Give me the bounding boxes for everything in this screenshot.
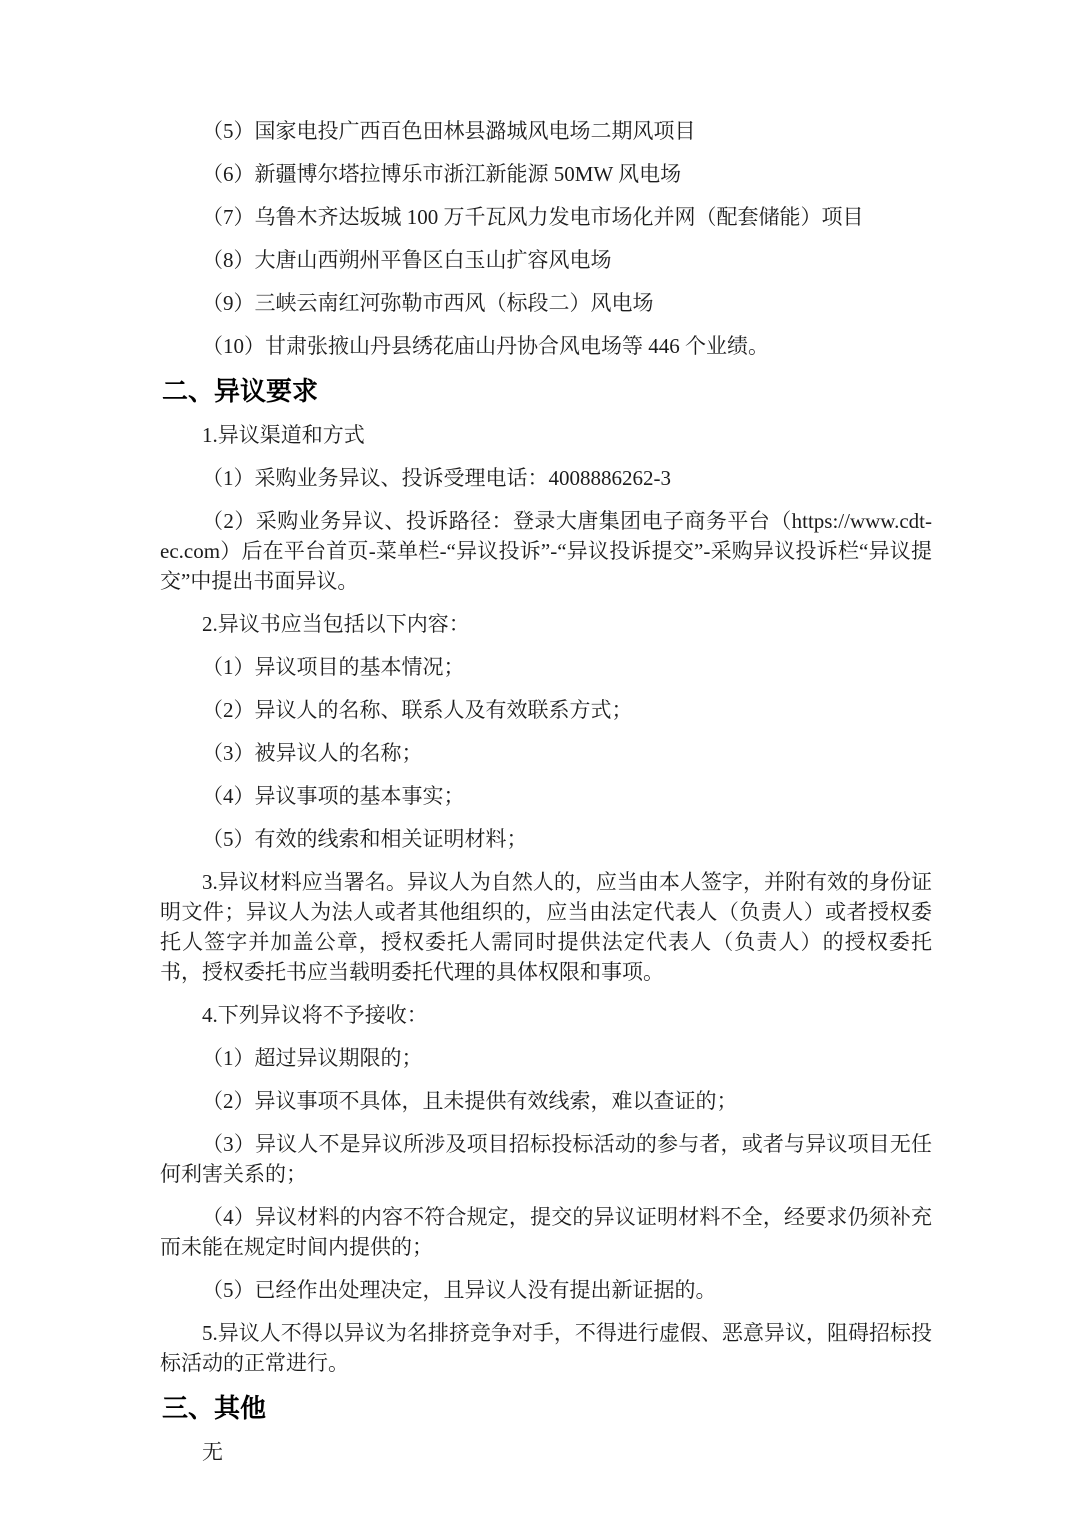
document-body: （5）国家电投广西百色田林县潞城风电场二期风项目 （6）新疆博尔塔拉博乐市浙江新…: [160, 116, 932, 1480]
objection-letter-item-5: （5）有效的线索和相关证明材料；: [160, 824, 932, 854]
other-section-content: 无: [160, 1437, 932, 1467]
objection-channel-heading: 1.异议渠道和方式: [160, 420, 932, 450]
objection-letter-contents-heading: 2.异议书应当包括以下内容：: [160, 609, 932, 639]
objection-letter-item-4: （4）异议事项的基本事实；: [160, 781, 932, 811]
project-item-8: （8）大唐山西朔州平鲁区白玉山扩容风电场: [160, 245, 932, 275]
objection-rejection-heading: 4.下列异议将不予接收：: [160, 1000, 932, 1030]
objection-good-faith-rule: 5.异议人不得以异议为名排挤竞争对手，不得进行虚假、恶意异议，阻碍招标投标活动的…: [160, 1318, 932, 1378]
objection-rejection-item-1: （1）超过异议期限的；: [160, 1043, 932, 1073]
objection-rejection-item-3: （3）异议人不是异议所涉及项目招标投标活动的参与者，或者与异议项目无任何利害关系…: [160, 1129, 932, 1189]
objection-signature-rules: 3.异议材料应当署名。异议人为自然人的，应当由本人签字，并附有效的身份证明文件；…: [160, 867, 932, 987]
project-item-9: （9）三峡云南红河弥勒市西风（标段二）风电场: [160, 288, 932, 318]
objection-letter-item-2: （2）异议人的名称、联系人及有效联系方式；: [160, 695, 932, 725]
objection-rejection-item-2: （2）异议事项不具体，且未提供有效线索，难以查证的；: [160, 1086, 932, 1116]
objection-phone-line: （1）采购业务异议、投诉受理电话：4008886262-3: [160, 463, 932, 493]
project-item-5: （5）国家电投广西百色田林县潞城风电场二期风项目: [160, 116, 932, 146]
section-heading-other: 三、其他: [162, 1391, 932, 1425]
objection-rejection-item-5: （5）已经作出处理决定，且异议人没有提出新证据的。: [160, 1275, 932, 1305]
project-item-7: （7）乌鲁木齐达坂城 100 万千瓦风力发电市场化并网（配套储能）项目: [160, 202, 932, 232]
objection-rejection-item-4: （4）异议材料的内容不符合规定，提交的异议证明材料不全，经要求仍须补充而未能在规…: [160, 1202, 932, 1262]
project-item-6: （6）新疆博尔塔拉博乐市浙江新能源 50MW 风电场: [160, 159, 932, 189]
objection-path-line: （2）采购业务异议、投诉路径：登录大唐集团电子商务平台（https://www.…: [160, 506, 932, 596]
objection-letter-item-3: （3）被异议人的名称；: [160, 738, 932, 768]
objection-letter-item-1: （1）异议项目的基本情况；: [160, 652, 932, 682]
project-item-10: （10）甘肃张掖山丹县绣花庙山丹协合风电场等 446 个业绩。: [160, 331, 932, 361]
section-heading-objection-requirements: 二、异议要求: [162, 374, 932, 408]
